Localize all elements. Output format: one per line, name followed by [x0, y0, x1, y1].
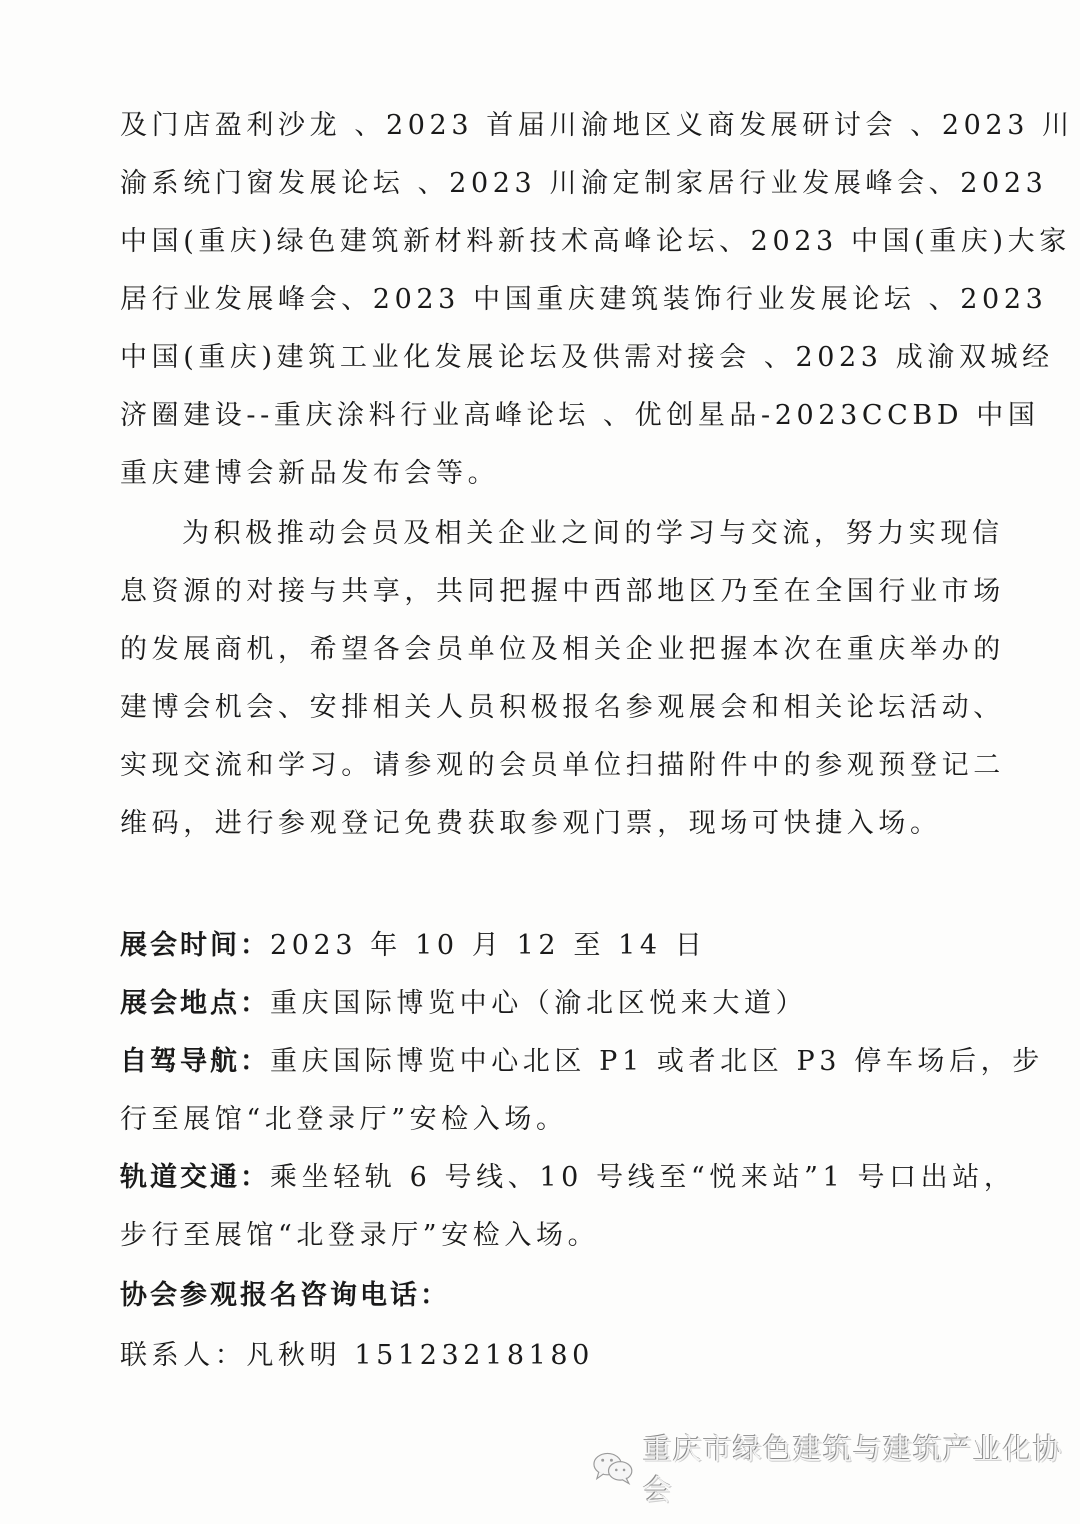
- exhibition-time-label: 展会时间：: [120, 930, 270, 961]
- contact-label: 联系人：: [120, 1340, 246, 1371]
- wechat-icon: [592, 1450, 635, 1486]
- paragraph-2-line: 为积极推动会员及相关企业之间的学习与交流，努力实现信: [182, 514, 962, 554]
- consult-label: 协会参观报名咨询电话：: [120, 1280, 450, 1311]
- rail-transit-cont: 步行至展馆“北登录厅”安检入场。: [120, 1216, 960, 1256]
- paragraph-2-line: 维码，进行参观登记免费获取参观门票，现场可快捷入场。: [120, 804, 960, 844]
- paragraph-1-line: 渝系统门窗发展论坛 、2023 川渝定制家居行业发展峰会、2023: [120, 164, 960, 204]
- paragraph-2-line: 息资源的对接与共享，共同把握中西部地区乃至在全国行业市场: [120, 572, 960, 612]
- paragraph-1-line: 居行业发展峰会、2023 中国重庆建筑装饰行业发展论坛 、2023: [120, 280, 960, 320]
- driving-directions: 自驾导航：重庆国际博览中心北区 P1 或者北区 P3 停车场后，步: [120, 1042, 960, 1082]
- exhibition-time: 展会时间：2023 年 10 月 12 至 14 日: [120, 926, 960, 966]
- rail-transit: 轨道交通：乘坐轻轨 6 号线、10 号线至“悦来站”1 号口出站，: [120, 1158, 960, 1198]
- consult-heading: 协会参观报名咨询电话：: [120, 1276, 960, 1316]
- exhibition-venue-value: 重庆国际博览中心（渝北区悦来大道）: [270, 988, 807, 1019]
- paragraph-2-line: 建博会机会、安排相关人员积极报名参观展会和相关论坛活动、: [120, 688, 960, 728]
- exhibition-time-value: 2023 年 10 月 12 至 14 日: [270, 930, 706, 961]
- wechat-watermark: 重庆市绿色建筑与建筑产业化协会: [592, 1448, 1080, 1488]
- driving-directions-label: 自驾导航：: [120, 1046, 270, 1077]
- document-page: 及门店盈利沙龙 、2023 首届川渝地区义商发展研讨会 、2023 川 渝系统门…: [0, 0, 1080, 1524]
- rail-transit-label: 轨道交通：: [120, 1162, 270, 1193]
- paragraph-2-line: 的发展商机，希望各会员单位及相关企业把握本次在重庆举办的: [120, 630, 960, 670]
- contact-value: 凡秋明 15123218180: [246, 1340, 594, 1371]
- paragraph-1-line: 济圈建设--重庆涂料行业高峰论坛 、优创星品-2023CCBD 中国: [120, 396, 960, 436]
- driving-directions-cont: 行至展馆“北登录厅”安检入场。: [120, 1100, 960, 1140]
- paragraph-2-line: 实现交流和学习。请参观的会员单位扫描附件中的参观预登记二: [120, 746, 960, 786]
- rail-transit-value: 乘坐轻轨 6 号线、10 号线至“悦来站”1 号口出站，: [270, 1162, 1015, 1193]
- exhibition-venue: 展会地点：重庆国际博览中心（渝北区悦来大道）: [120, 984, 960, 1024]
- watermark-text: 重庆市绿色建筑与建筑产业化协会: [643, 1427, 1080, 1509]
- contact-person: 联系人：凡秋明 15123218180: [120, 1336, 960, 1376]
- paragraph-1-line: 中国(重庆)建筑工业化发展论坛及供需对接会 、2023 成渝双城经: [120, 338, 960, 378]
- driving-directions-value: 重庆国际博览中心北区 P1 或者北区 P3 停车场后，步: [270, 1046, 1044, 1077]
- paragraph-1-line: 中国(重庆)绿色建筑新材料新技术高峰论坛、2023 中国(重庆)大家: [120, 222, 960, 262]
- paragraph-1-line: 及门店盈利沙龙 、2023 首届川渝地区义商发展研讨会 、2023 川: [120, 106, 960, 146]
- paragraph-1-line: 重庆建博会新品发布会等。: [120, 454, 960, 494]
- exhibition-venue-label: 展会地点：: [120, 988, 270, 1019]
